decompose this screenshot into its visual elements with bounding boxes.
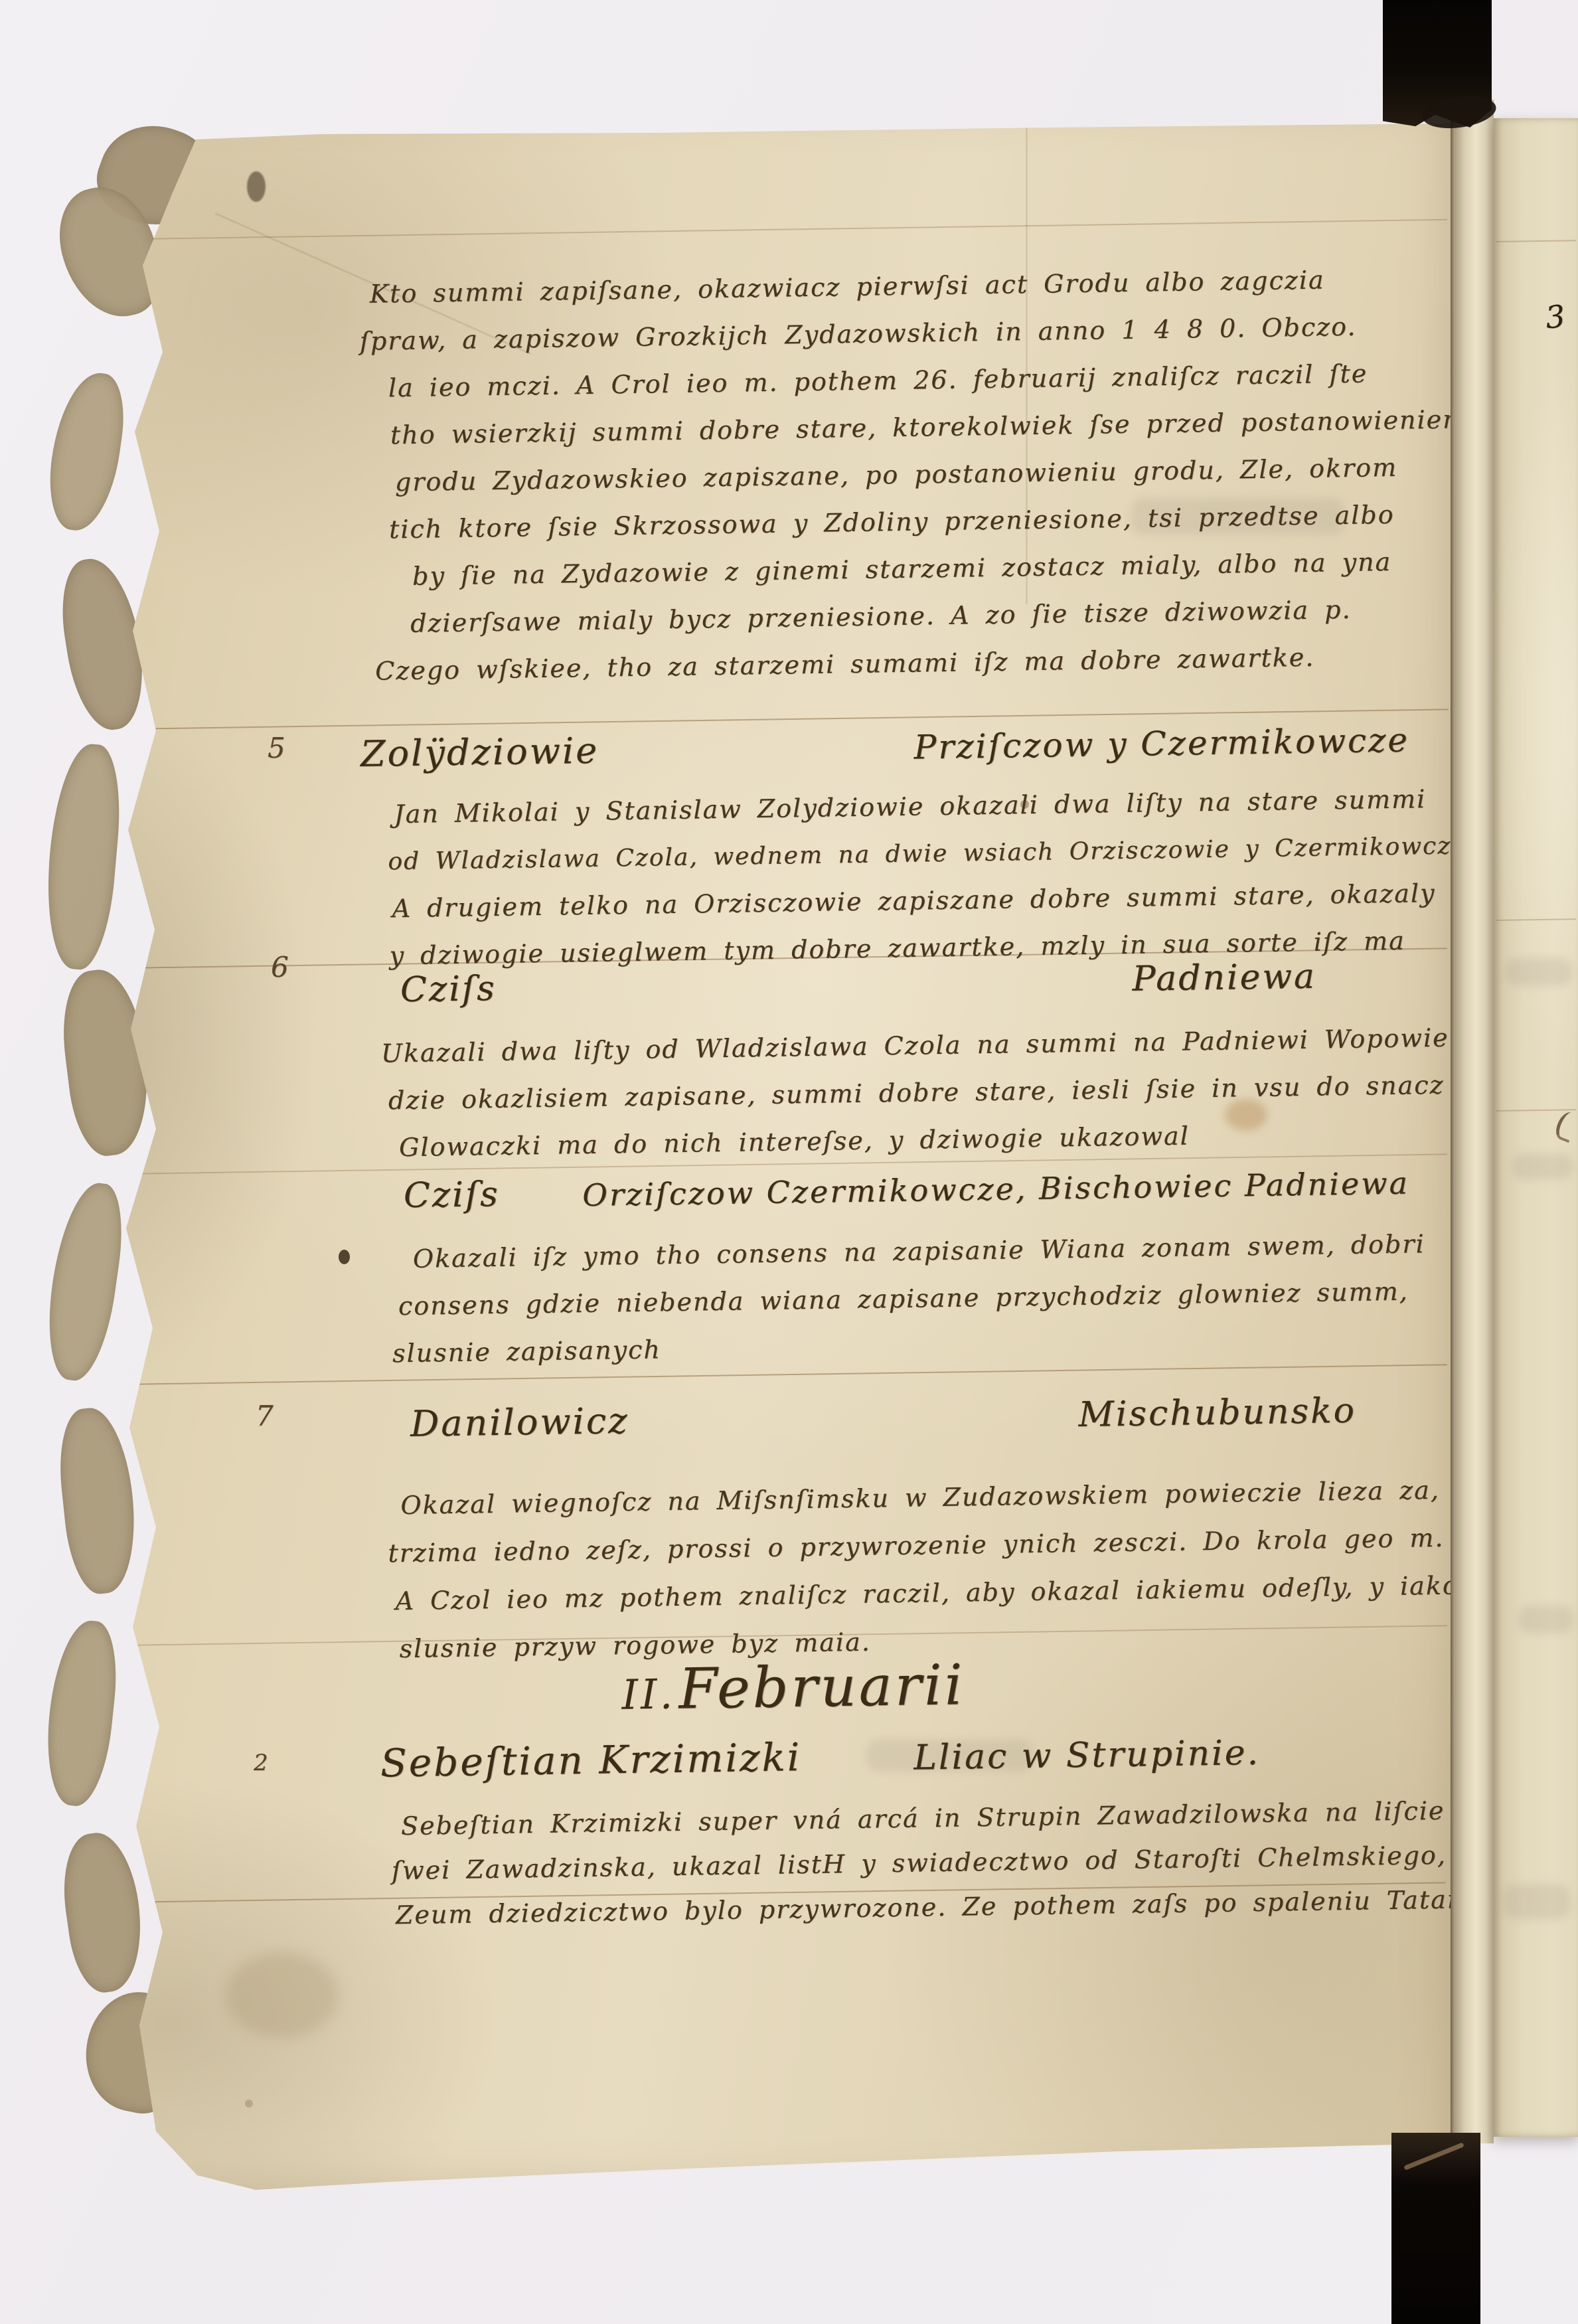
section-heading-right: Mischubunsko	[1078, 1391, 1356, 1435]
book-gutter	[1451, 100, 1494, 2143]
ink-smudge-stain	[247, 171, 266, 202]
section-heading-left: Cziſs	[360, 969, 497, 1011]
section-danilowicz-body: Okazal wiegnoſcz na Miſsnſimsku w Zudazo…	[360, 1467, 1412, 1673]
manuscript-page: 5 6 7 2 Kto summi zapiſsane, okazwiacz p…	[56, 100, 1451, 2191]
margin-number-6: 6	[271, 951, 289, 983]
bleedthrough-ghost-text	[1504, 1884, 1570, 1919]
section-heading-left: Zolÿdziowie	[360, 730, 599, 775]
section-zolydziowie-headings: Zolÿdziowie Prziſczow y Czermikowcze	[360, 718, 1410, 775]
date-numeral: II.	[621, 1670, 676, 1719]
pale-stain	[226, 1952, 339, 2038]
margin-number-2: 2	[254, 1750, 268, 1776]
frayed-edge-flap	[54, 1404, 143, 1596]
section-czis-padniewa-body: Ukazali dwa liſty od Wladzislawa Czola n…	[360, 1015, 1411, 1172]
section-heading-right: Orziſczow Czermikowcze, Bischowiec Padni…	[582, 1165, 1409, 1213]
section-heading-left: Danilowicz	[360, 1400, 629, 1446]
intro-paragraph: Kto summi zapiſsane, okazwiacz pierwſsi …	[358, 256, 1413, 695]
section-heading-right: Padniewa	[1132, 957, 1316, 999]
facing-page-strip: 3	[1494, 118, 1578, 2137]
ink-squiggle	[1553, 1110, 1578, 1143]
frayed-edge-flap	[56, 1829, 150, 1997]
margin-number-7: 7	[256, 1400, 274, 1432]
section-sebestian-body: Sebeſtian Krzimizki super vná arcá in St…	[361, 1789, 1412, 1938]
frayed-edge-flap	[40, 1179, 130, 1384]
ruled-line	[93, 219, 1447, 240]
section-heading-right: Lliac w Strupinie.	[913, 1733, 1261, 1778]
ink-blot	[339, 1250, 350, 1264]
frayed-edge-flap	[42, 368, 130, 535]
brown-speck	[245, 2100, 253, 2108]
section-zolydziowie-body: Jan Mikolai y Stanislaw Zolydziowie okaz…	[360, 776, 1412, 980]
date-heading: II. Februarii	[600, 1652, 986, 1723]
section-heading-right: Prziſczow y Czermikowcze	[913, 721, 1409, 767]
ruled-line	[1496, 1109, 1576, 1112]
folio-number: 3	[1543, 298, 1567, 336]
margin-number-5: 5	[268, 732, 285, 764]
frayed-edge-flap	[40, 1618, 123, 1809]
ruled-line	[1496, 240, 1576, 242]
ruled-line	[1496, 918, 1576, 921]
section-czis-orzisczow-body: Okazali iſz ymo tho consens na zapisanie…	[360, 1221, 1411, 1378]
bleedthrough-ghost-text	[1519, 1606, 1573, 1633]
section-sebestian-headings: Sebeſtian Krzimizki Lliac w Strupinie.	[360, 1726, 1409, 1786]
binding-strap-bottom	[1391, 2133, 1480, 2324]
frayed-edge-flap	[40, 741, 125, 971]
bleedthrough-ghost-text	[1506, 958, 1572, 986]
section-heading-left: Cziſs	[360, 1175, 501, 1216]
section-danilowicz-headings: Danilowicz Mischubunsko	[360, 1388, 1410, 1446]
bleedthrough-ghost-text	[1512, 1154, 1573, 1179]
month-name: Februarii	[678, 1652, 965, 1721]
section-heading-left: Sebeſtian Krzimizki	[360, 1734, 801, 1786]
